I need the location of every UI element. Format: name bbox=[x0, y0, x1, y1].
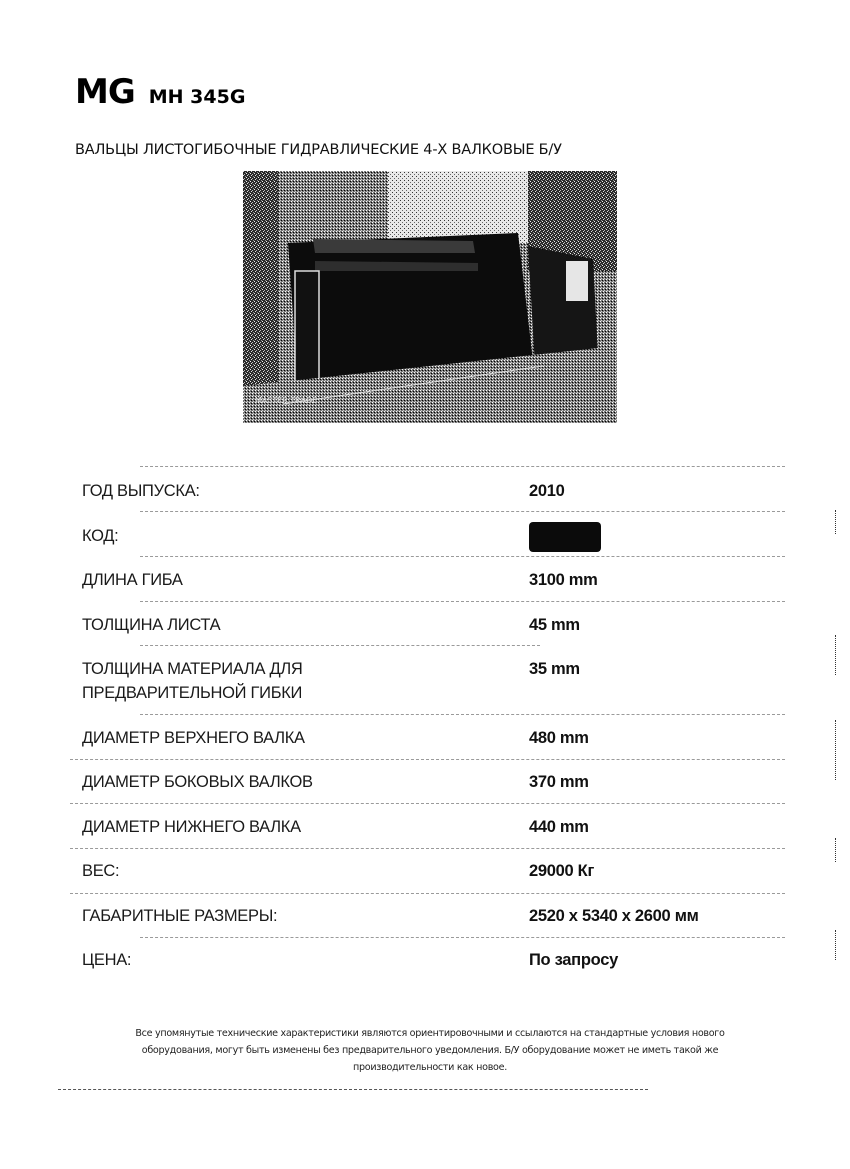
spec-value: По запросу bbox=[529, 948, 618, 972]
spec-label: ГОД ВЫПУСКА: bbox=[82, 479, 529, 503]
separator bbox=[140, 511, 785, 512]
spec-label: ДИАМЕТР ВЕРХНЕГО ВАЛКА bbox=[82, 726, 529, 750]
spec-label: ДИАМЕТР БОКОВЫХ ВАЛКОВ bbox=[82, 770, 529, 794]
spec-value-redacted bbox=[529, 524, 601, 559]
spec-value: 480 mm bbox=[529, 726, 589, 750]
spec-row-dimensions: ГАБАРИТНЫЕ РАЗМЕРЫ: 2520 х 5340 х 2600 м… bbox=[82, 904, 792, 928]
product-subtitle: ВАЛЬЦЫ ЛИСТОГИБОЧНЫЕ ГИДРАВЛИЧЕСКИЕ 4-Х … bbox=[75, 142, 562, 158]
redaction-box bbox=[529, 522, 601, 552]
scan-edge-mark bbox=[835, 838, 836, 862]
brand-header: MG MH 345G bbox=[75, 72, 245, 112]
scan-edge-mark bbox=[835, 510, 836, 534]
spec-label: ТОЛЩИНА ЛИСТА bbox=[82, 613, 529, 637]
footer-rule bbox=[58, 1089, 648, 1090]
scan-edge-mark bbox=[835, 720, 836, 780]
spec-label: ТОЛЩИНА МАТЕРИАЛА ДЛЯ ПРЕДВАРИТЕЛЬНОЙ ГИ… bbox=[82, 657, 529, 705]
separator bbox=[70, 848, 785, 849]
spec-label: КОД: bbox=[82, 524, 529, 548]
spec-label-line1: ТОЛЩИНА МАТЕРИАЛА ДЛЯ bbox=[82, 657, 529, 681]
spec-label: ГАБАРИТНЫЕ РАЗМЕРЫ: bbox=[82, 904, 529, 928]
spec-value: 2520 х 5340 х 2600 мм bbox=[529, 904, 699, 928]
machine-photo: MASTER TRADE bbox=[243, 171, 617, 423]
spec-label: ДИАМЕТР НИЖНЕГО ВАЛКА bbox=[82, 815, 529, 839]
disclaimer-line: оборудования, могут быть изменены без пр… bbox=[95, 1042, 765, 1059]
spec-row-year: ГОД ВЫПУСКА: 2010 bbox=[82, 479, 792, 503]
brand-logo: MG bbox=[75, 72, 135, 112]
spec-row-side-roll-diameter: ДИАМЕТР БОКОВЫХ ВАЛКОВ 370 mm bbox=[82, 770, 792, 794]
spec-label: ЦЕНА: bbox=[82, 948, 529, 972]
spec-value: 35 mm bbox=[529, 657, 580, 681]
scan-edge-mark bbox=[835, 635, 836, 675]
disclaimer: Все упомянутые технические характеристик… bbox=[95, 1025, 765, 1076]
spec-value: 440 mm bbox=[529, 815, 589, 839]
model-name: MH 345G bbox=[149, 86, 246, 108]
disclaimer-line: Все упомянутые технические характеристик… bbox=[95, 1025, 765, 1042]
separator bbox=[140, 466, 785, 467]
spec-value: 2010 bbox=[529, 479, 565, 503]
spec-label: ДЛИНА ГИБА bbox=[82, 568, 529, 592]
spec-label-line2: ПРЕДВАРИТЕЛЬНОЙ ГИБКИ bbox=[82, 681, 529, 705]
spec-value: 3100 mm bbox=[529, 568, 598, 592]
separator bbox=[70, 759, 785, 760]
spec-row-prebend-thickness: ТОЛЩИНА МАТЕРИАЛА ДЛЯ ПРЕДВАРИТЕЛЬНОЙ ГИ… bbox=[82, 657, 792, 705]
spec-row-bend-length: ДЛИНА ГИБА 3100 mm bbox=[82, 568, 792, 592]
separator bbox=[140, 714, 785, 715]
spec-row-sheet-thickness: ТОЛЩИНА ЛИСТА 45 mm bbox=[82, 613, 792, 637]
spec-value: 29000 Кг bbox=[529, 859, 594, 883]
scan-edge-mark bbox=[835, 930, 836, 960]
spec-row-price: ЦЕНА: По запросу bbox=[82, 948, 792, 972]
spec-row-code: КОД: bbox=[82, 524, 792, 559]
separator bbox=[140, 645, 540, 646]
disclaimer-line: производительности как новое. bbox=[95, 1059, 765, 1076]
separator bbox=[70, 803, 785, 804]
separator bbox=[140, 601, 785, 602]
spec-value: 45 mm bbox=[529, 613, 580, 637]
spec-row-bottom-roll-diameter: ДИАМЕТР НИЖНЕГО ВАЛКА 440 mm bbox=[82, 815, 792, 839]
photo-watermark: MASTER TRADE bbox=[255, 396, 317, 405]
separator bbox=[140, 937, 785, 938]
spec-row-top-roll-diameter: ДИАМЕТР ВЕРХНЕГО ВАЛКА 480 mm bbox=[82, 726, 792, 750]
spec-row-weight: ВЕС: 29000 Кг bbox=[82, 859, 792, 883]
separator bbox=[70, 893, 785, 894]
spec-label: ВЕС: bbox=[82, 859, 529, 883]
spec-value: 370 mm bbox=[529, 770, 589, 794]
